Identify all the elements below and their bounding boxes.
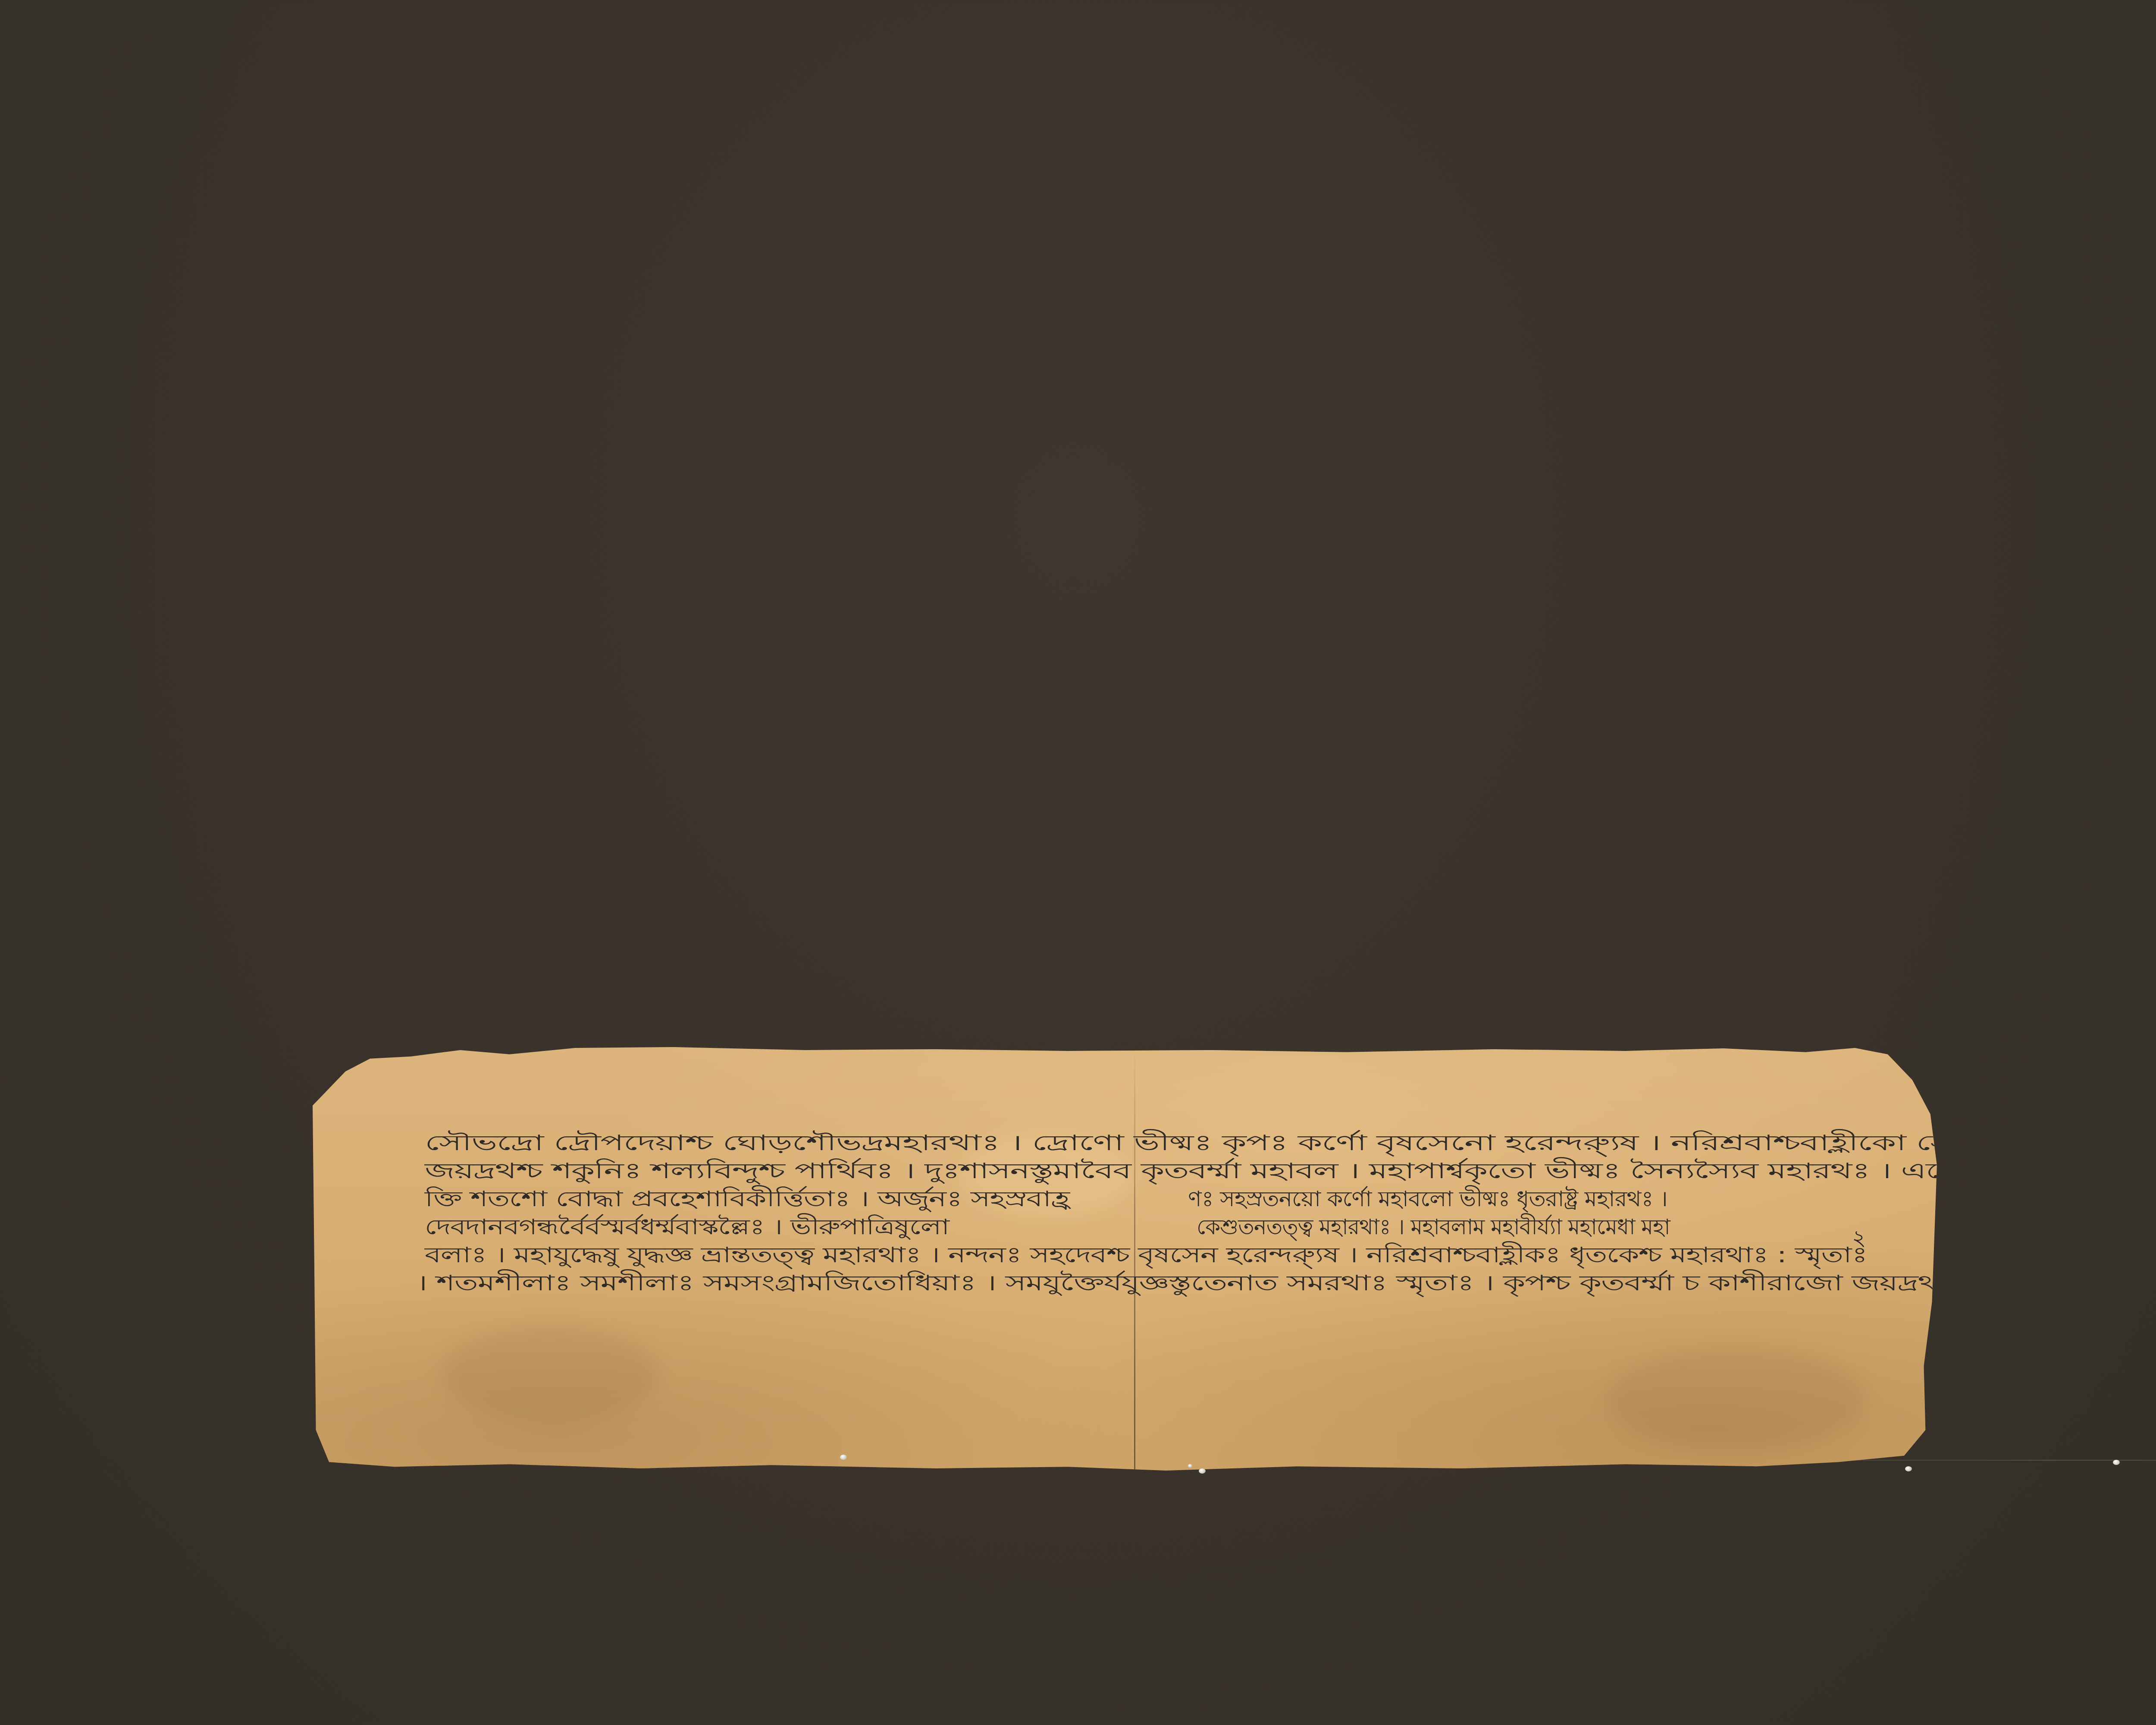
manuscript-line-1: সৌভদ্রো দ্রৌপদেয়াশ্চ ঘোড়শৌভদ্রমহারথাঃ … [425, 1130, 2143, 1156]
manuscript-folio: সৌভদ্রো দ্রৌপদেয়াশ্চ ঘোড়শৌভদ্রমহারথাঃ … [313, 1046, 1953, 1473]
manuscript-line-5: বলাঃ । মহাযুদ্ধেষু যুদ্ধজ্ঞ ভ্রান্ততত্ত্… [425, 1242, 1867, 1268]
manuscript-line-3-right: ণঃ সহস্রতনয়ো কর্ণো মহাবলো ভীষ্মঃ ধৃতরাষ… [1188, 1186, 1667, 1212]
mounting-pin [1199, 1468, 1206, 1474]
folio-number: ২ [1852, 1222, 1866, 1258]
mounting-pin [2113, 1460, 2120, 1465]
manuscript-line-3-left: ক্তি শতশো বোদ্ধা প্রবহেশাবিকীর্ত্তিতাঃ ।… [425, 1186, 1069, 1212]
mounting-pin [840, 1455, 847, 1460]
water-stain [1606, 1348, 1865, 1451]
mounting-pin [1905, 1466, 1912, 1471]
manuscript-line-2: জয়দ্রথশ্চ শকুনিঃ শল্যবিন্দুশ্চ পার্থিবঃ… [425, 1158, 1990, 1184]
mounting-pin [1188, 1464, 1192, 1468]
manuscript-line-6: । শতমশীলাঃ সমশীলাঃ সমসংগ্রামজিতোধিয়াঃ ।… [416, 1270, 1995, 1296]
manuscript-line-4-left: দেবদানবগন্ধর্বৈর্বস্মর্বধর্ম্মবাস্কল্লৈঃ… [425, 1214, 949, 1240]
manuscript-line-4-right: কেশুতনতত্ত্ব মহারথাঃ । মহাবলাম মহাবীর্য্… [1197, 1214, 1670, 1240]
water-stain [442, 1326, 658, 1421]
